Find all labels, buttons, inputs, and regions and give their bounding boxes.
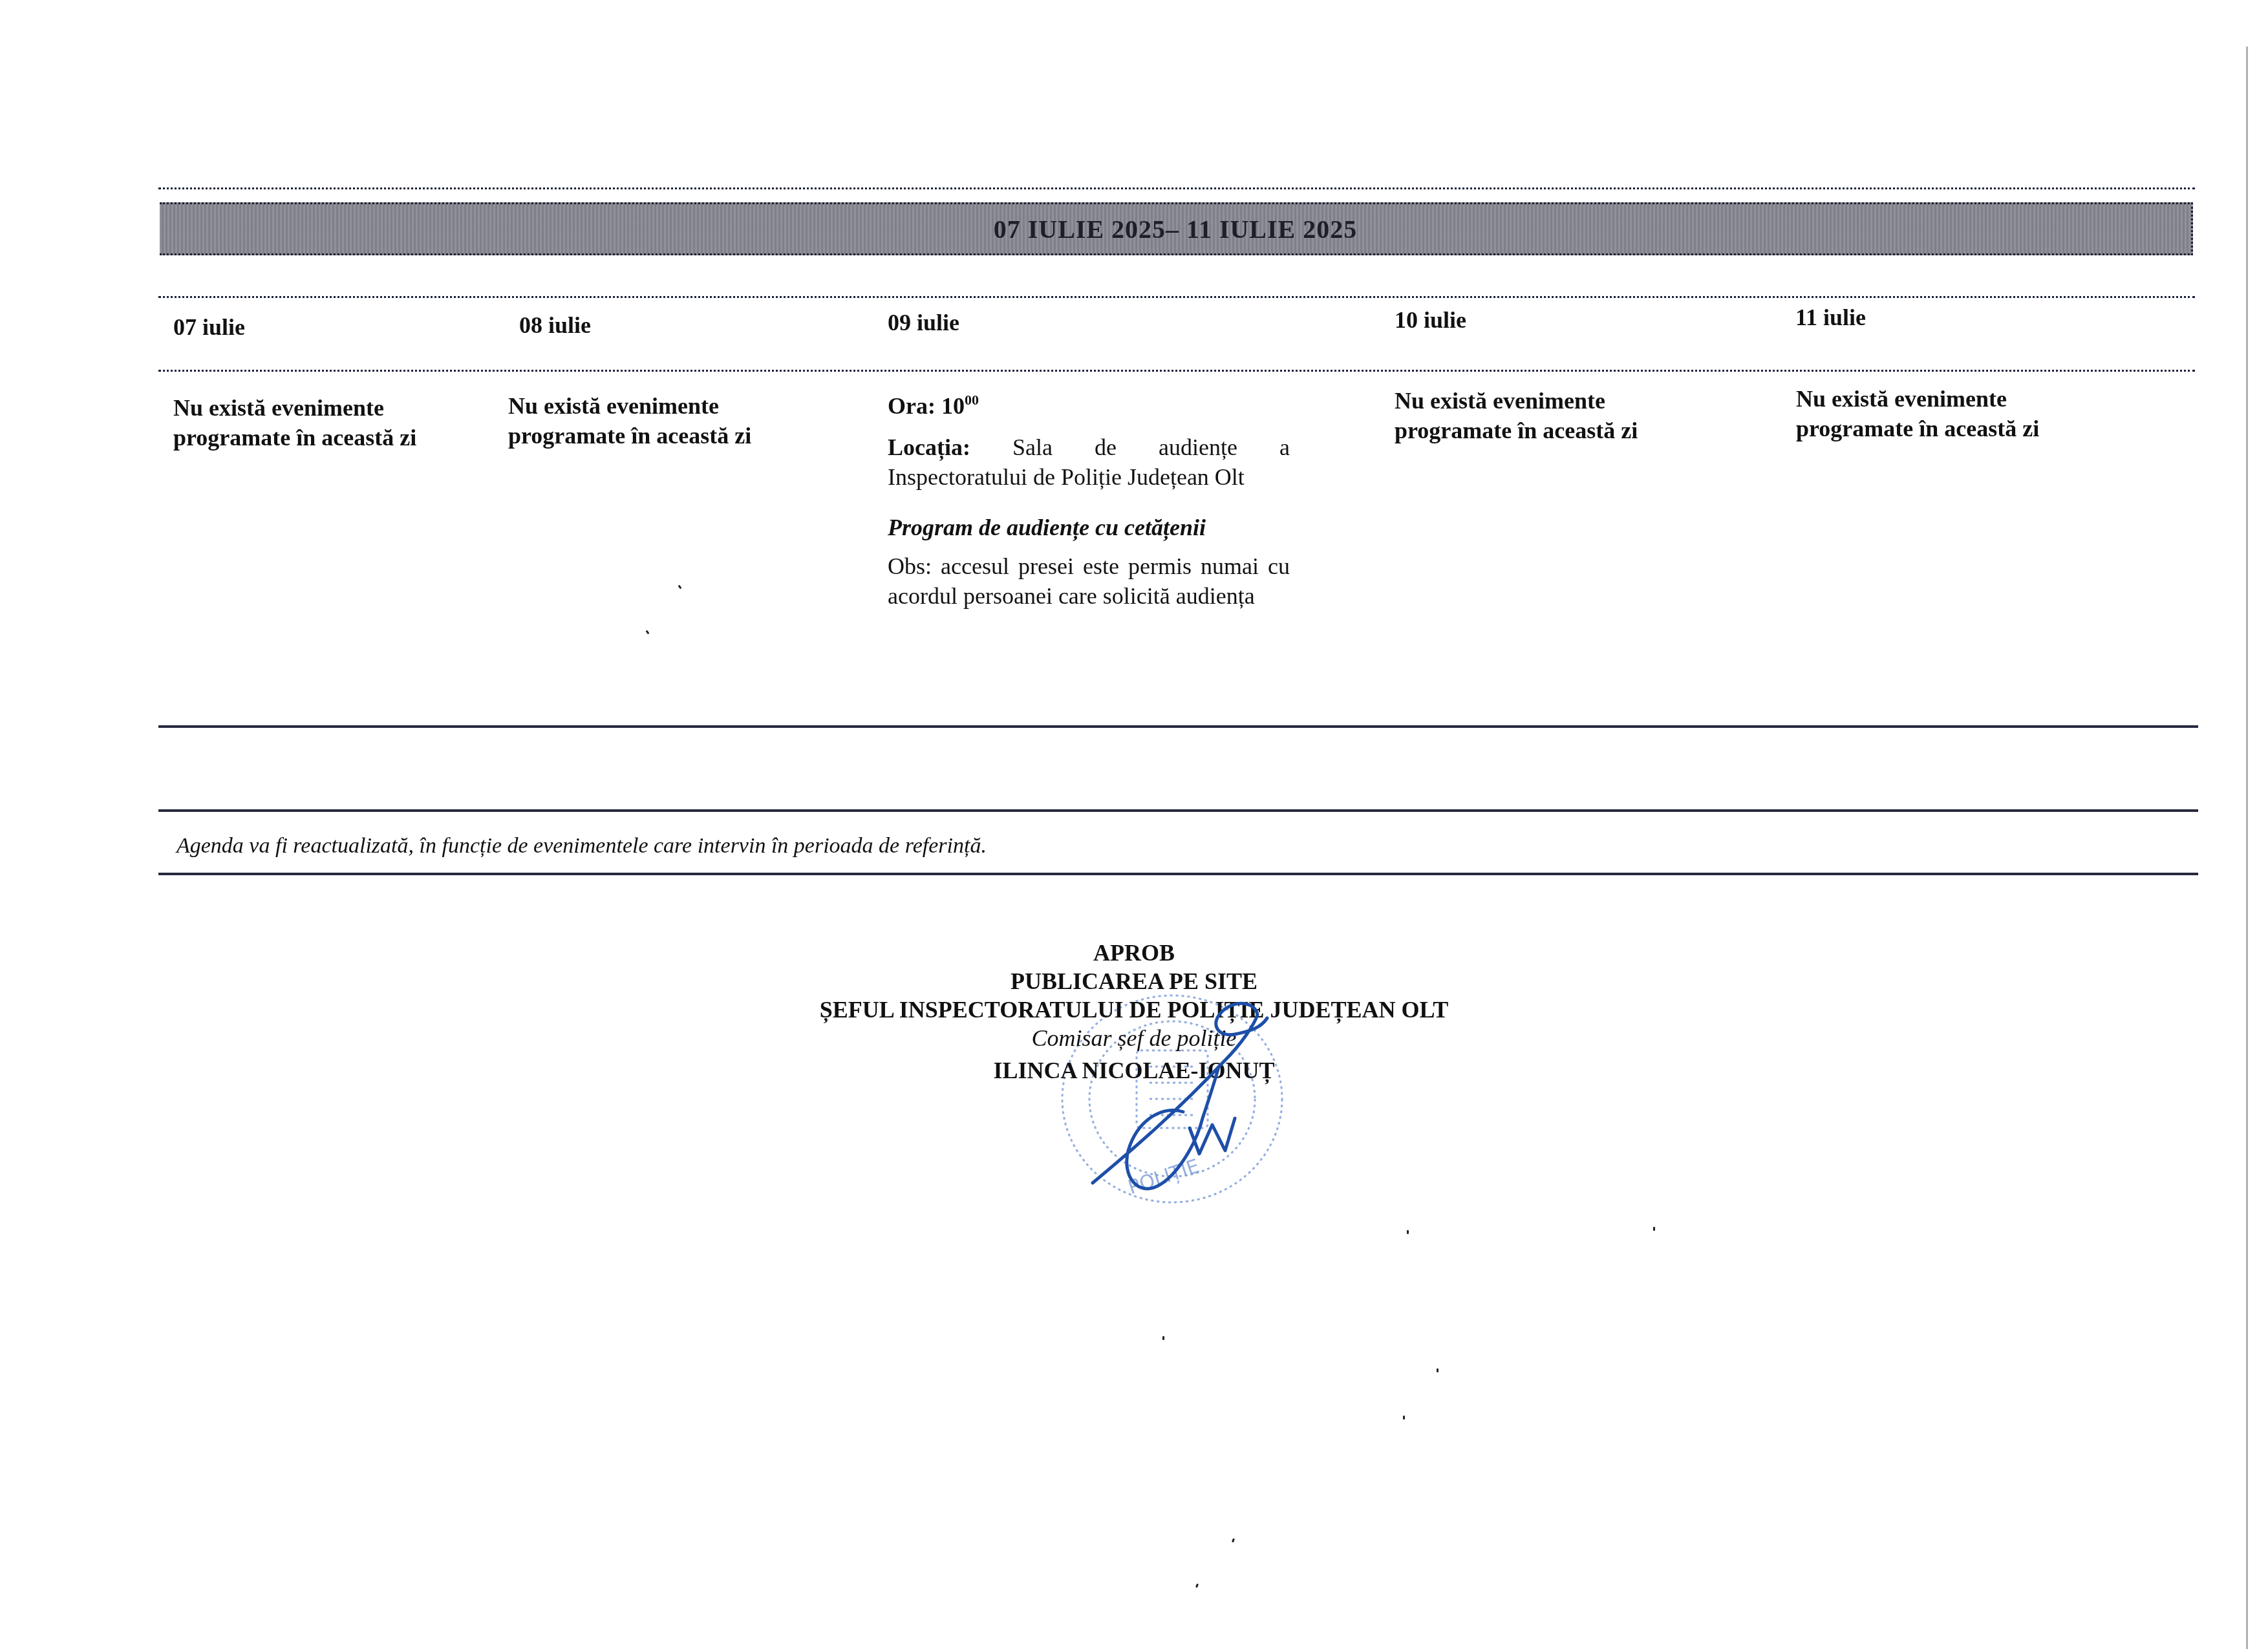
approval-line-aprob: APROB bbox=[811, 939, 1457, 967]
no-events-line1: Nu există evenimente bbox=[173, 393, 509, 423]
section-end-rule bbox=[158, 725, 2198, 728]
day-08-no-events: Nu există evenimente programate în aceas… bbox=[508, 391, 844, 451]
day-label-11: 11 iulie bbox=[1795, 304, 1866, 331]
scan-speck bbox=[1162, 1336, 1164, 1340]
footnote: Agenda va fi reactualizată, în funcție d… bbox=[177, 834, 987, 858]
footnote-bottom-rule bbox=[158, 873, 2198, 875]
no-events-line1: Nu există evenimente bbox=[1796, 384, 2132, 414]
no-events-line2: programate în această zi bbox=[1796, 414, 2132, 443]
event-title: Program de audiențe cu cetățenii bbox=[888, 513, 1290, 542]
scan-speck bbox=[1407, 1230, 1409, 1234]
day-label-08: 08 iulie bbox=[519, 312, 591, 339]
scan-speck bbox=[1403, 1416, 1405, 1420]
no-events-line2: programate în această zi bbox=[173, 423, 509, 452]
day-label-10: 10 iulie bbox=[1395, 306, 1466, 334]
event-location-label: Locația: bbox=[888, 434, 970, 460]
period-header-band: 07 IULIE 2025– 11 IULIE 2025 bbox=[160, 202, 2193, 255]
scan-speck bbox=[1437, 1368, 1439, 1372]
no-events-line1: Nu există evenimente bbox=[1395, 386, 1731, 416]
day-header-top-rule bbox=[158, 296, 2195, 298]
scan-speck bbox=[1653, 1227, 1655, 1231]
event-time: Ora: 1000 bbox=[888, 391, 1290, 421]
event-observation: Obs: accesul presei este permis numai cu… bbox=[888, 551, 1290, 611]
scan-speck bbox=[1195, 1584, 1199, 1588]
day-07-no-events: Nu există evenimente programate în aceas… bbox=[173, 393, 509, 452]
scan-speck bbox=[1232, 1538, 1235, 1543]
scan-page-edge bbox=[2246, 47, 2248, 1649]
no-events-line2: programate în această zi bbox=[1395, 416, 1731, 445]
day-09-event: Ora: 1000 Locația: Sala de audiențe a In… bbox=[888, 391, 1290, 611]
day-10-no-events: Nu există evenimente programate în aceas… bbox=[1395, 386, 1731, 445]
day-11-no-events: Nu există evenimente programate în aceas… bbox=[1796, 384, 2132, 443]
scan-speck bbox=[678, 585, 682, 590]
day-label-07: 07 iulie bbox=[173, 314, 245, 341]
day-header-bottom-rule bbox=[158, 370, 2195, 372]
top-rule bbox=[158, 187, 2195, 189]
footnote-top-rule bbox=[158, 809, 2198, 812]
no-events-line2: programate în această zi bbox=[508, 421, 844, 451]
handwritten-signature-icon bbox=[1086, 989, 1280, 1202]
period-title: 07 IULIE 2025– 11 IULIE 2025 bbox=[994, 214, 1358, 244]
no-events-line1: Nu există evenimente bbox=[508, 391, 844, 421]
event-time-hour: Ora: 10 bbox=[888, 393, 965, 419]
day-label-09: 09 iulie bbox=[888, 309, 959, 336]
event-location: Locația: Sala de audiențe a Inspectoratu… bbox=[888, 432, 1290, 492]
event-time-minutes: 00 bbox=[965, 392, 979, 408]
scan-speck bbox=[646, 630, 650, 635]
